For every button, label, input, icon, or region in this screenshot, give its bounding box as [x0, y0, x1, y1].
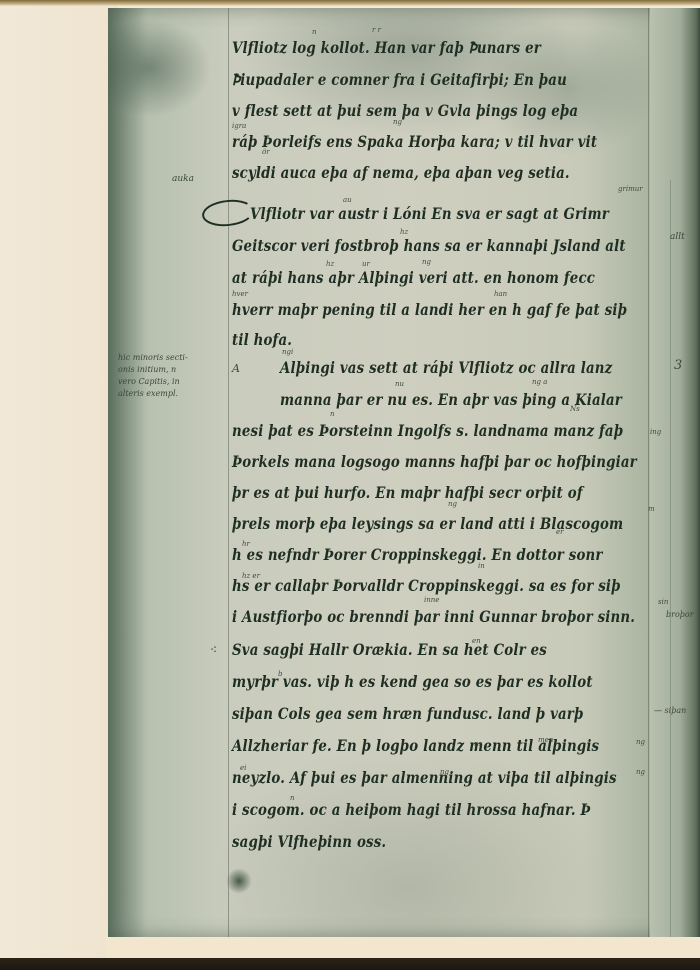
text-line: til hofa.: [232, 330, 292, 349]
interlinear-gloss: n: [290, 794, 295, 802]
plate-shadow: [108, 8, 148, 937]
text-line: neyzlo. Af þui es þar almenning at viþa …: [232, 768, 617, 787]
interlinear-gloss: ör: [262, 148, 270, 156]
interlinear-gloss: Ns: [570, 405, 580, 413]
interlinear-gloss: n: [330, 410, 335, 418]
interlinear-gloss: sin: [658, 598, 668, 606]
margin-note-line: hic minoris secti-: [118, 352, 188, 364]
margin-note-brodur: broþor: [666, 610, 694, 619]
text-line: þr es at þui hurfo. En maþr hafþi secr o…: [232, 483, 583, 502]
interlinear-gloss: hver: [232, 290, 248, 298]
interlinear-gloss: ng: [636, 768, 645, 776]
text-line: at ráþi hans aþr Alþingi veri att. en ho…: [232, 268, 595, 287]
book-page-margin-left: [0, 6, 118, 958]
interlinear-gloss: nu: [395, 380, 404, 388]
text-line: nesi þat es Þorsteinn Ingolfs s. landnam…: [232, 421, 623, 440]
interlinear-gloss: ing: [650, 428, 661, 436]
text-line: scyldi auca eþa af nema, eþa aþan veg se…: [232, 163, 570, 182]
margin-note-numeral: 3: [674, 358, 682, 373]
text-line: Ꝥiupadaler e comner fra i Geitafirþi; En…: [232, 70, 567, 89]
text-line: hs er callaþr Þorvalldr Croppinskeggi. s…: [232, 576, 621, 595]
book-page-margin-bottom: [106, 937, 700, 958]
ruling-line-outer: [670, 180, 671, 937]
interlinear-gloss: ng: [636, 738, 645, 746]
text-line: Vlfliotr var austr i Lóni En sva er sagt…: [250, 204, 609, 223]
interlinear-gloss: hz: [326, 260, 334, 268]
ruling-line-left: [228, 8, 229, 937]
text-line: ráþ Þorleifs ens Spaka Horþa kara; v til…: [232, 132, 597, 151]
text-line: sagþi Vlfheþinn oss.: [232, 832, 386, 851]
interlinear-gloss: ur: [362, 260, 370, 268]
interlinear-gloss: n: [384, 172, 389, 180]
interlinear-gloss: hz er: [242, 572, 260, 580]
page-bottom-edge: [0, 958, 700, 970]
text-line: Geitscor veri fostbroþ hans sa er kannaþ…: [232, 236, 626, 255]
margin-note-allt: allt: [670, 232, 685, 242]
text-line: v flest sett at þui sem þa v Gvla þings …: [232, 101, 578, 120]
ink-blot: [226, 868, 252, 894]
interlinear-gloss: ei: [240, 764, 246, 772]
manuscript-right-margin: [650, 8, 700, 937]
paragraph-marker: ⁖: [210, 643, 217, 657]
margin-note-latin: hic minoris secti- onis initium, n vero …: [118, 352, 188, 400]
interlinear-gloss: m: [648, 505, 655, 513]
interlinear-gloss: men: [538, 736, 553, 744]
interlinear-gloss: in: [478, 562, 485, 570]
interlinear-gloss: ngi: [282, 348, 293, 356]
interlinear-gloss: igra: [232, 122, 246, 130]
text-line: Sva sagþi Hallr Orækia. En sa het Colr e…: [232, 640, 547, 659]
interlinear-gloss: ng a: [532, 378, 547, 386]
text-line: Alþingi vas sett at ráþi Vlfliotz oc all…: [280, 358, 612, 377]
interlinear-gloss: han: [494, 290, 507, 298]
interlinear-gloss: er: [556, 528, 564, 536]
interlinear-gloss: ng: [393, 118, 402, 126]
text-line: Vlfliotz log kollot. Han var faþ Ꝥunars …: [232, 38, 541, 57]
interlinear-gloss: n: [312, 28, 317, 36]
interlinear-gloss: au: [343, 196, 352, 204]
ruling-line-right: [648, 8, 649, 937]
margin-note-sidan: — siþan: [654, 706, 686, 715]
text-line: hverr maþr pening til a landi her en h g…: [232, 300, 627, 319]
margin-note-line: alteris exempl.: [118, 388, 188, 400]
text-line: þrels morþ eþa leysings sa er land atti …: [232, 514, 623, 533]
margin-note-auka: auka: [172, 174, 194, 184]
text-line: h es nefndr Þorer Croppinskeggi. En dott…: [232, 545, 603, 564]
interlinear-gloss: ng: [422, 258, 431, 266]
text-line: Þorkels mana logsogo manns hafþi þar oc …: [232, 452, 637, 471]
interlinear-gloss: grimur: [618, 185, 643, 193]
margin-note-line: vero Capitis, in: [118, 376, 188, 388]
interlinear-gloss: hz: [400, 228, 408, 236]
interlinear-gloss: en: [472, 637, 481, 645]
interlinear-gloss: ng: [440, 768, 449, 776]
text-line: siþan Cols gea sem hræn fundusc. land þ …: [232, 704, 583, 723]
margin-marker-a: A: [232, 362, 240, 375]
interlinear-gloss: r r: [372, 26, 381, 34]
interlinear-gloss: nz: [474, 740, 482, 748]
text-line: myrþr vas. viþ h es kend gea so es þar e…: [232, 672, 593, 691]
interlinear-gloss: hr: [242, 540, 250, 548]
interlinear-gloss: inne: [424, 596, 439, 604]
text-line: i Austfiorþo oc brenndi þar inni Gunnar …: [232, 607, 635, 626]
text-line: i scogom. oc a heiþom hagi til hrossa ha…: [232, 800, 591, 819]
margin-note-line: onis initium, n: [118, 364, 188, 376]
interlinear-gloss: b: [278, 670, 282, 678]
interlinear-gloss: ng: [448, 500, 457, 508]
